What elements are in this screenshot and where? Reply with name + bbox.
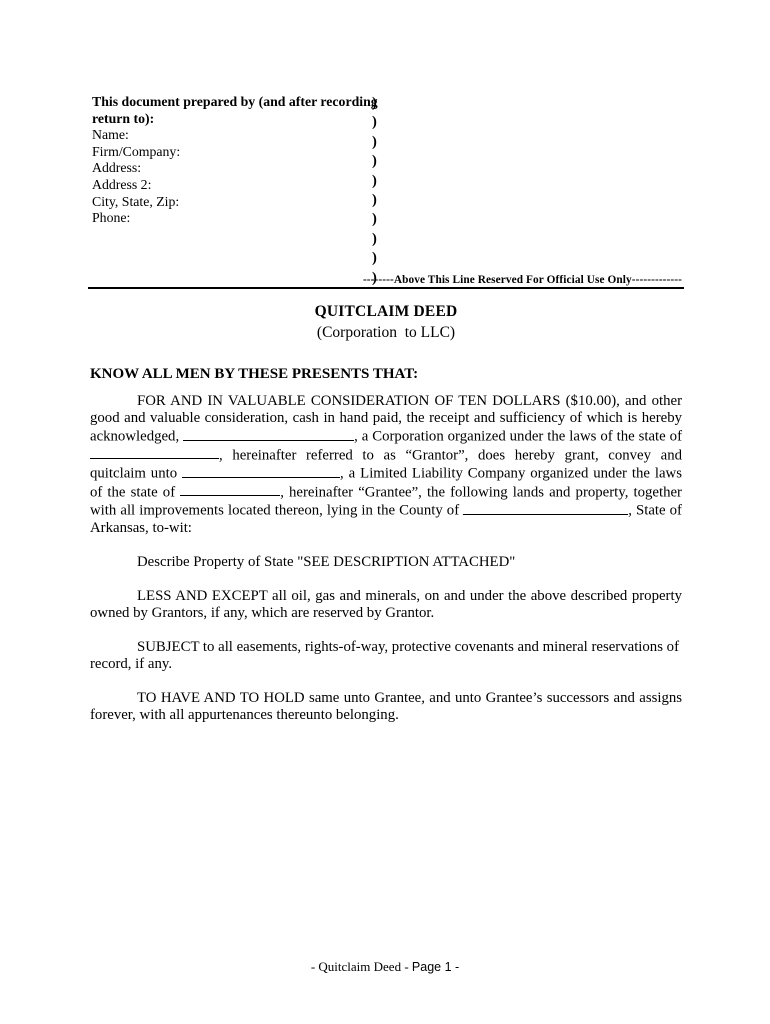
field-label-address2: Address 2: [92,177,378,194]
subject-paragraph: SUBJECT to all easements, rights-of-way,… [90,639,682,673]
field-label-address: Address: [92,160,378,177]
document-title: QUITCLAIM DEED [90,301,682,322]
fill-in-blank [463,501,628,515]
closing-paren: ) [372,152,377,171]
fill-in-blank [182,464,340,478]
closing-paren: ) [372,113,377,132]
less-and-except-paragraph: LESS AND EXCEPT all oil, gas and mineral… [90,588,682,622]
field-label-city-state-zip: City, State, Zip: [92,194,378,211]
prepared-heading-line2: return to): [92,111,378,128]
know-all-men-heading: KNOW ALL MEN BY THESE PRESENTS THAT: [90,366,682,383]
closing-paren: ) [372,210,377,229]
closing-paren: ) [372,230,377,249]
document-content: This document prepared by (and after rec… [90,94,682,741]
fill-in-blank [90,446,219,460]
closing-paren: ) [372,191,377,210]
footer-page-label: Page 1 - [412,960,459,974]
document-page: This document prepared by (and after rec… [0,0,770,1024]
page-footer: - Quitclaim Deed - Page 1 - [0,959,770,975]
to-have-and-to-hold-paragraph: TO HAVE AND TO HOLD same unto Grantee, a… [90,690,682,724]
document-subtitle: (Corporation to LLC) [90,322,682,343]
prepared-by-labels: This document prepared by (and after rec… [92,94,378,227]
footer-doc-label: - Quitclaim Deed - [311,959,412,974]
paren-column: )))))))))) [372,94,377,288]
fill-in-blank [183,427,354,441]
closing-paren: ) [372,94,377,113]
field-label-firm-company: Firm/Company: [92,144,378,161]
closing-paren: ) [372,249,377,268]
prepared-heading-line1: This document prepared by (and after rec… [92,94,378,111]
reserved-line: --------Above This Line Reserved For Off… [363,274,682,286]
describe-property-paragraph: Describe Property of State "SEE DESCRIPT… [90,554,682,571]
closing-paren: ) [372,133,377,152]
fill-in-blank [180,483,280,497]
prepared-by-block: This document prepared by (and after rec… [90,94,682,287]
field-label-name: Name: [92,127,378,144]
title-block: QUITCLAIM DEED (Corporation to LLC) [90,301,682,343]
horizontal-rule [88,287,684,289]
consideration-paragraph: FOR AND IN VALUABLE CONSIDERATION OF TEN… [90,393,682,537]
field-label-phone: Phone: [92,210,378,227]
closing-paren: ) [372,172,377,191]
